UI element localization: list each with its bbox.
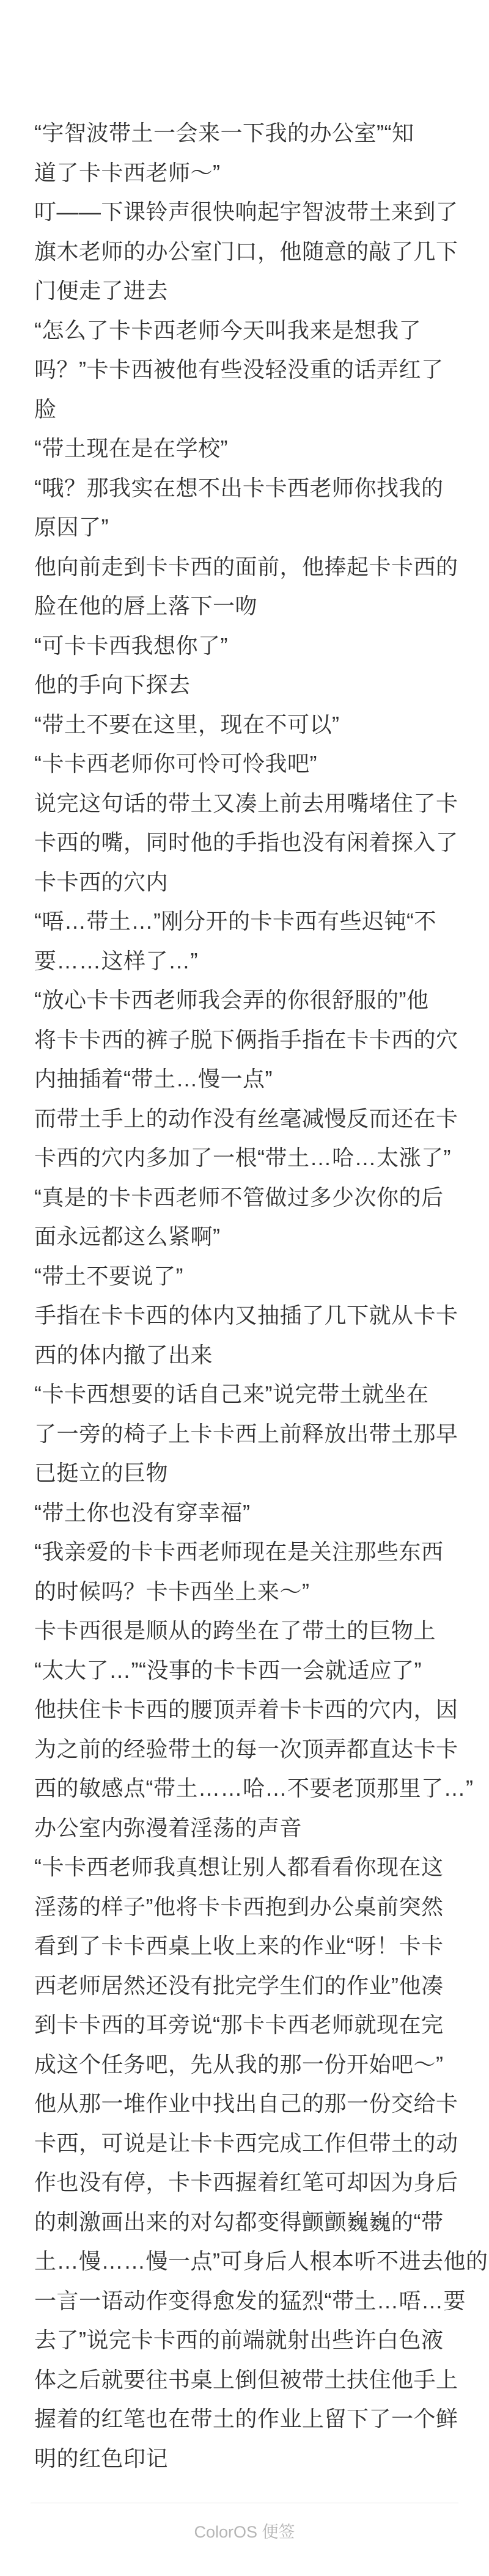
note-text-line: 了一旁的椅子上卡卡西上前释放出带土那早 bbox=[34, 1414, 462, 1454]
note-text-line: 脸 bbox=[34, 390, 462, 430]
note-text-line: 而带土手上的动作没有丝毫减慢反而还在卡 bbox=[34, 1099, 462, 1139]
note-text-line: 已挺立的巨物 bbox=[34, 1454, 462, 1493]
note-text-line: 淫荡的样子”他将卡卡西抱到办公桌前突然 bbox=[34, 1887, 462, 1927]
note-text-line: 他的手向下探去 bbox=[34, 665, 462, 705]
note-page: “宇智波带土一会来一下我的办公室”“知道了卡卡西老师～”叮——下课铃声很快响起宇… bbox=[0, 0, 489, 2576]
note-text-line: “可卡卡西我想你了” bbox=[34, 626, 462, 666]
note-text-line: 面永远都这么紧啊” bbox=[34, 1217, 462, 1257]
note-text-line: “宇智波带土一会来一下我的办公室”“知 bbox=[34, 114, 462, 153]
note-text-line: 为之前的经验带土的每一次顶弄都直达卡卡 bbox=[34, 1730, 462, 1769]
note-text-line: “哦？那我实在想不出卡卡西老师你找我的 bbox=[34, 469, 462, 508]
note-text-line: 要……这样了…” bbox=[34, 942, 462, 981]
note-text-line: 脸在他的唇上落下一吻 bbox=[34, 587, 462, 626]
note-text-line: 原因了” bbox=[34, 508, 462, 547]
note-text-line: “太大了…”“没事的卡卡西一会就适应了” bbox=[34, 1651, 462, 1691]
note-text-line: 道了卡卡西老师～” bbox=[34, 153, 462, 193]
note-text-line: 卡卡西很是顺从的跨坐在了带土的巨物上 bbox=[34, 1611, 462, 1651]
note-text-line: “卡卡西老师你可怜可怜我吧” bbox=[34, 744, 462, 784]
note-text-line: “怎么了卡卡西老师今天叫我来是想我了 bbox=[34, 311, 462, 351]
note-text-line: 旗木老师的办公室门口，他随意的敲了几下 bbox=[34, 232, 462, 272]
note-text-line: “放心卡卡西老师我会弄的你很舒服的”他 bbox=[34, 981, 462, 1020]
note-text-line: 成这个任务吧，先从我的那一份开始吧～” bbox=[34, 2045, 462, 2085]
note-text-line: 手指在卡卡西的体内又抽插了几下就从卡卡 bbox=[34, 1296, 462, 1336]
note-text-line: 西老师居然还没有批完学生们的作业”他凑 bbox=[34, 1966, 462, 2006]
note-text-line: “带土你也没有穿幸福” bbox=[34, 1493, 462, 1533]
note-text-line: 吗？”卡卡西被他有些没轻没重的话弄红了 bbox=[34, 350, 462, 390]
note-text-line: 内抽插着“带土…慢一点” bbox=[34, 1059, 462, 1099]
note-text-line: “唔…带土…”刚分开的卡卡西有些迟钝“不 bbox=[34, 902, 462, 942]
note-body: “宇智波带土一会来一下我的办公室”“知道了卡卡西老师～”叮——下课铃声很快响起宇… bbox=[0, 0, 489, 2478]
note-text-line: “带土不要在这里，现在不可以” bbox=[34, 705, 462, 745]
note-text-line: 体之后就要往书桌上倒但被带土扶住他手上 bbox=[34, 2360, 462, 2400]
note-text-line: “卡卡西老师我真想让别人都看看你现在这 bbox=[34, 1848, 462, 1887]
note-footer: ColorOS 便签 bbox=[0, 2503, 489, 2542]
note-text-line: 土…慢……慢一点”可身后人根本听不进去他的 bbox=[34, 2242, 462, 2281]
note-text-line: “带土不要说了” bbox=[34, 1257, 462, 1297]
note-text-line: 的刺激画出来的对勾都变得颤颤巍巍的“带 bbox=[34, 2203, 462, 2242]
note-text-line: 一言一语动作变得愈发的猛烈“带土…唔…要 bbox=[34, 2281, 462, 2321]
note-text-line: 西的体内撤了出来 bbox=[34, 1336, 462, 1375]
note-text-line: 作也没有停，卡卡西握着红笔可却因为身后 bbox=[34, 2163, 462, 2203]
note-text-line: “真是的卡卡西老师不管做过多少次你的后 bbox=[34, 1178, 462, 1218]
note-text-line: 他向前走到卡卡西的面前，他捧起卡卡西的 bbox=[34, 547, 462, 587]
note-text-line: 卡西的穴内多加了一根“带土…哈…太涨了” bbox=[34, 1138, 462, 1178]
note-text-line: 卡西的嘴，同时他的手指也没有闲着探入了 bbox=[34, 823, 462, 863]
note-text-line: 看到了卡卡西桌上收上来的作业“呀！卡卡 bbox=[34, 1927, 462, 1966]
note-text-line: “我亲爱的卡卡西老师现在是关注那些东西 bbox=[34, 1532, 462, 1572]
note-text-line: 说完这句话的带土又凑上前去用嘴堵住了卡 bbox=[34, 784, 462, 824]
note-text-line: “带土现在是在学校” bbox=[34, 429, 462, 469]
note-text-line: 握着的红笔也在带土的作业上留下了一个鲜 bbox=[34, 2399, 462, 2439]
note-text-line: 明的红色印记 bbox=[34, 2439, 462, 2479]
note-text-line: 的时候吗？卡卡西坐上来～” bbox=[34, 1572, 462, 1612]
note-text-line: 去了”说完卡卡西的前端就射出些许白色液 bbox=[34, 2321, 462, 2360]
note-text-line: 卡西，可说是让卡卡西完成工作但带土的动 bbox=[34, 2124, 462, 2164]
note-text-line: 办公室内弥漫着淫荡的声音 bbox=[34, 1809, 462, 1848]
note-text-line: 到卡卡西的耳旁说“那卡卡西老师就现在完 bbox=[34, 2005, 462, 2045]
note-text-line: 将卡卡西的裤子脱下俩指手指在卡卡西的穴 bbox=[34, 1020, 462, 1060]
note-text-line: 门便走了进去 bbox=[34, 271, 462, 311]
footer-divider bbox=[31, 2503, 458, 2503]
note-text-line: 叮——下课铃声很快响起宇智波带土来到了 bbox=[34, 192, 462, 232]
note-text-line: “卡卡西想要的话自己来”说完带土就坐在 bbox=[34, 1375, 462, 1414]
note-text-line: 西的敏感点“带土……哈…不要老顶那里了…” bbox=[34, 1769, 462, 1809]
note-text-line: 他从那一堆作业中找出自己的那一份交给卡 bbox=[34, 2084, 462, 2124]
note-text-line: 他扶住卡卡西的腰顶弄着卡卡西的穴内，因 bbox=[34, 1690, 462, 1730]
coloros-notes-watermark: ColorOS 便签 bbox=[0, 2522, 489, 2542]
note-text-line: 卡卡西的穴内 bbox=[34, 863, 462, 902]
